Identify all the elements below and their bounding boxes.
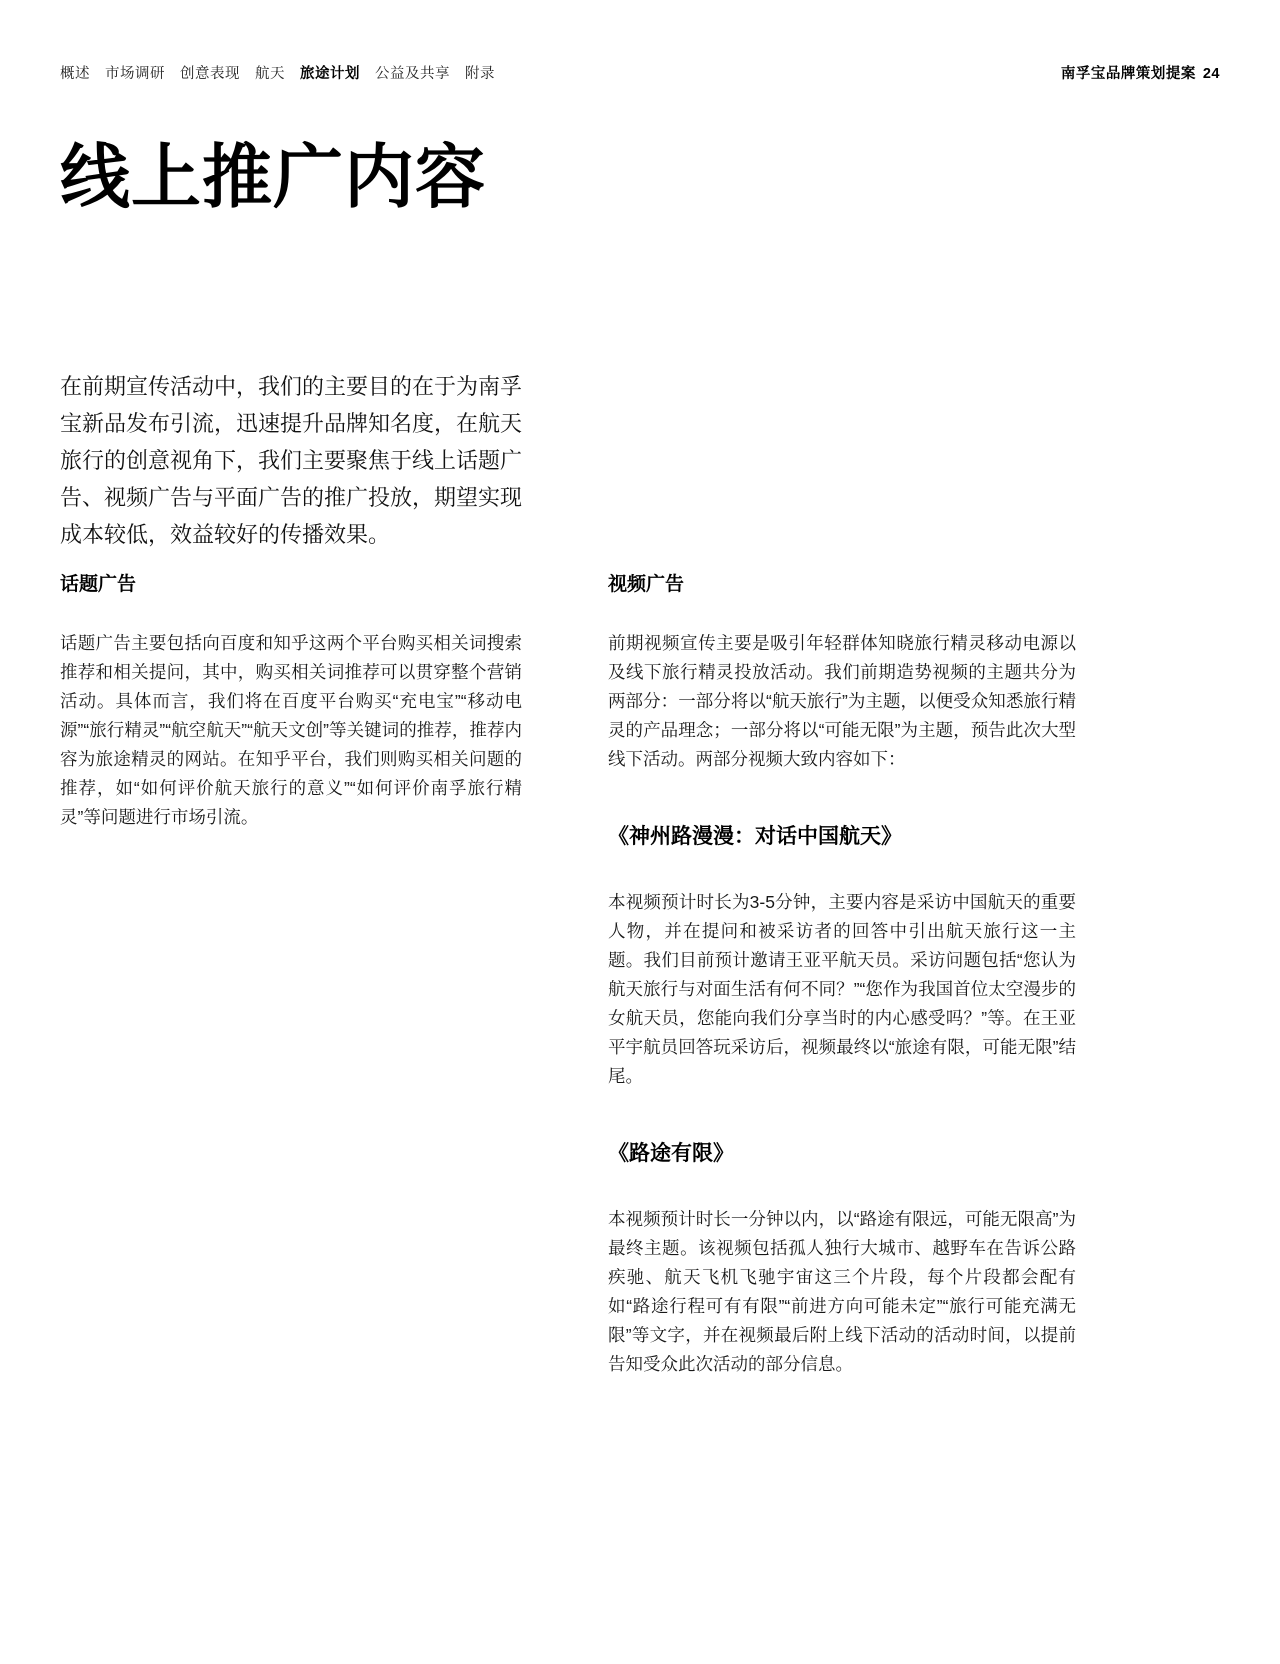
section-nav: 概述 市场调研 创意表现 航天 旅途计划 公益及共享 附录 xyxy=(60,62,495,83)
page-title: 线上推广内容 xyxy=(60,137,1220,218)
top-bar: 概述 市场调研 创意表现 航天 旅途计划 公益及共享 附录 南孚宝品牌策划提案 … xyxy=(60,62,1220,83)
proposal-page: 概述 市场调研 创意表现 航天 旅途计划 公益及共享 附录 南孚宝品牌策划提案 … xyxy=(0,0,1280,1439)
nav-item-market-research[interactable]: 市场调研 xyxy=(105,62,165,83)
page-number: 24 xyxy=(1203,66,1220,82)
video-ads-body: 前期视频宣传主要是吸引年轻群体知晓旅行精灵移动电源以及线下旅行精灵投放活动。我们… xyxy=(608,629,1076,774)
topic-ads-body: 话题广告主要包括向百度和知乎这两个平台购买相关词搜索推荐和相关提问，其中，购买相… xyxy=(60,629,522,832)
column-spacer xyxy=(608,368,1076,571)
content-columns: 在前期宣传活动中，我们的主要目的在于为南孚宝新品发布引流，迅速提升品牌知名度，在… xyxy=(60,368,1220,1379)
topic-ads-heading: 话题广告 xyxy=(60,571,522,598)
video1-title: 《神州路漫漫：对话中国航天》 xyxy=(608,822,1076,852)
nav-item-journey-plan[interactable]: 旅途计划 xyxy=(300,62,360,83)
video-ads-heading: 视频广告 xyxy=(608,571,1076,598)
video1-body: 本视频预计时长为3-5分钟，主要内容是采访中国航天的重要人物，并在提问和被采访者… xyxy=(608,888,1076,1091)
nav-item-appendix[interactable]: 附录 xyxy=(465,62,495,83)
video2-body: 本视频预计时长一分钟以内，以“路途有限远，可能无限高”为最终主题。该视频包括孤人… xyxy=(608,1205,1076,1379)
intro-paragraph: 在前期宣传活动中，我们的主要目的在于为南孚宝新品发布引流，迅速提升品牌知名度，在… xyxy=(60,368,522,553)
nav-item-creative[interactable]: 创意表现 xyxy=(180,62,240,83)
nav-item-charity[interactable]: 公益及共享 xyxy=(375,62,450,83)
nav-item-overview[interactable]: 概述 xyxy=(60,62,90,83)
left-column: 在前期宣传活动中，我们的主要目的在于为南孚宝新品发布引流，迅速提升品牌知名度，在… xyxy=(60,368,522,832)
document-title: 南孚宝品牌策划提案 xyxy=(1061,62,1196,83)
document-reference: 南孚宝品牌策划提案 24 xyxy=(1061,62,1220,83)
video2-title: 《路途有限》 xyxy=(608,1139,1076,1169)
right-column: 视频广告 前期视频宣传主要是吸引年轻群体知晓旅行精灵移动电源以及线下旅行精灵投放… xyxy=(608,368,1076,1379)
nav-item-aerospace[interactable]: 航天 xyxy=(255,62,285,83)
